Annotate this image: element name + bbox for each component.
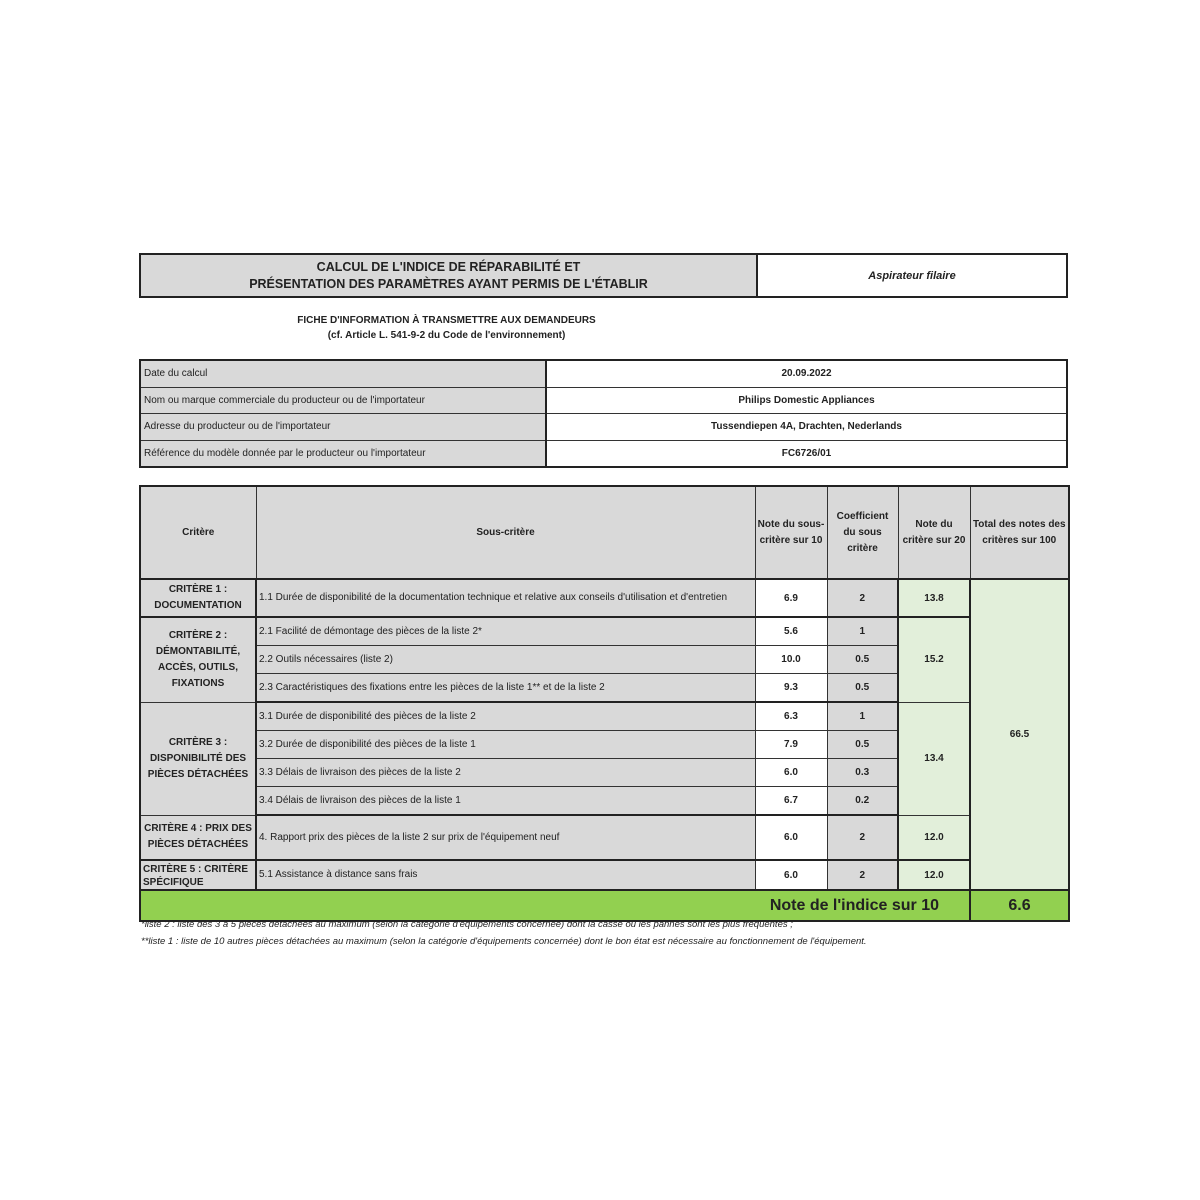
sub-criterion-coefficient: 0.3 <box>827 759 898 787</box>
info-label: Référence du modèle donnée par le produc… <box>140 440 546 467</box>
sub-criterion-note: 5.6 <box>755 617 827 646</box>
table-row: CRITÈRE 2 : DÉMONTABILITÉ, ACCÈS, OUTILS… <box>140 617 1069 646</box>
info-value: FC6726/01 <box>546 440 1067 467</box>
criterion-score: 12.0 <box>898 860 970 890</box>
criterion-name: CRITÈRE 5 : CRITÈRE SPÉCIFIQUE <box>140 860 256 890</box>
table-row: CRITÈRE 3 : DISPONIBILITÉ DES PIÈCES DÉT… <box>140 702 1069 731</box>
sub-criterion-coefficient: 1 <box>827 702 898 731</box>
repairability-table: Critère Sous-critère Note du sous-critèr… <box>139 485 1070 922</box>
info-label: Adresse du producteur ou de l'importateu… <box>140 414 546 441</box>
sub-criterion-note: 6.9 <box>755 579 827 617</box>
info-value: 20.09.2022 <box>546 360 1067 387</box>
sub-criterion-coefficient: 2 <box>827 815 898 860</box>
title-line-1: CALCUL DE L'INDICE DE RÉPARABILITÉ ET <box>317 259 581 276</box>
sub-criterion-coefficient: 2 <box>827 860 898 890</box>
subtitle: FICHE D'INFORMATION À TRANSMETTRE AUX DE… <box>139 313 754 343</box>
info-label: Date du calcul <box>140 360 546 387</box>
sub-criterion-label: 2.3 Caractéristiques des fixations entre… <box>256 674 755 703</box>
sub-criterion-coefficient: 0.5 <box>827 731 898 759</box>
footnote-liste-1: **liste 1 : liste de 10 autres pièces dé… <box>141 933 1071 950</box>
header-note-critere: Note du critère sur 20 <box>898 486 970 579</box>
sub-criterion-note: 7.9 <box>755 731 827 759</box>
total-score: 66.5 <box>970 579 1069 890</box>
sub-criterion-label: 1.1 Durée de disponibilité de la documen… <box>256 579 755 617</box>
table-row: CRITÈRE 5 : CRITÈRE SPÉCIFIQUE5.1 Assist… <box>140 860 1069 890</box>
info-row: Nom ou marque commerciale du producteur … <box>140 387 1067 414</box>
sub-criterion-coefficient: 2 <box>827 579 898 617</box>
sub-criterion-label: 3.3 Délais de livraison des pièces de la… <box>256 759 755 787</box>
subtitle-line-2: (cf. Article L. 541-9-2 du Code de l'env… <box>139 328 754 343</box>
header-critere: Critère <box>140 486 256 579</box>
title-line-2: PRÉSENTATION DES PARAMÈTRES AYANT PERMIS… <box>249 276 648 293</box>
sub-criterion-label: 3.4 Délais de livraison des pièces de la… <box>256 787 755 816</box>
sub-criterion-label: 2.2 Outils nécessaires (liste 2) <box>256 646 755 674</box>
sub-criterion-coefficient: 0.2 <box>827 787 898 816</box>
criterion-score: 13.8 <box>898 579 970 617</box>
header-coefficient: Coefficient du sous critère <box>827 486 898 579</box>
product-type: Aspirateur filaire <box>758 255 1066 296</box>
footnotes: *liste 2 : liste des 3 à 5 pièces détach… <box>141 916 1071 950</box>
sub-criterion-note: 6.3 <box>755 702 827 731</box>
title-block: CALCUL DE L'INDICE DE RÉPARABILITÉ ET PR… <box>139 253 1068 298</box>
header-sous-critere: Sous-critère <box>256 486 755 579</box>
criterion-name: CRITÈRE 3 : DISPONIBILITÉ DES PIÈCES DÉT… <box>140 702 256 815</box>
document-title: CALCUL DE L'INDICE DE RÉPARABILITÉ ET PR… <box>141 255 758 296</box>
criterion-name: CRITÈRE 1 : DOCUMENTATION <box>140 579 256 617</box>
info-row: Date du calcul20.09.2022 <box>140 360 1067 387</box>
sub-criterion-note: 10.0 <box>755 646 827 674</box>
header-total: Total des notes des critères sur 100 <box>970 486 1069 579</box>
info-label: Nom ou marque commerciale du producteur … <box>140 387 546 414</box>
table-header-row: Critère Sous-critère Note du sous-critèr… <box>140 486 1069 579</box>
criterion-name: CRITÈRE 4 : PRIX DES PIÈCES DÉTACHÉES <box>140 815 256 860</box>
sub-criterion-label: 5.1 Assistance à distance sans frais <box>256 860 755 890</box>
criterion-score: 13.4 <box>898 702 970 815</box>
sub-criterion-note: 6.7 <box>755 787 827 816</box>
table-row: CRITÈRE 1 : DOCUMENTATION1.1 Durée de di… <box>140 579 1069 617</box>
header-note-sous-critere: Note du sous-critère sur 10 <box>755 486 827 579</box>
info-table: Date du calcul20.09.2022Nom ou marque co… <box>139 359 1068 468</box>
sub-criterion-coefficient: 0.5 <box>827 674 898 703</box>
info-row: Adresse du producteur ou de l'importateu… <box>140 414 1067 441</box>
sub-criterion-label: 3.2 Durée de disponibilité des pièces de… <box>256 731 755 759</box>
info-value: Philips Domestic Appliances <box>546 387 1067 414</box>
sub-criterion-coefficient: 0.5 <box>827 646 898 674</box>
sub-criterion-note: 6.0 <box>755 860 827 890</box>
criterion-score: 15.2 <box>898 617 970 702</box>
criterion-score: 12.0 <box>898 815 970 860</box>
info-row: Référence du modèle donnée par le produc… <box>140 440 1067 467</box>
sub-criterion-note: 9.3 <box>755 674 827 703</box>
criterion-name: CRITÈRE 2 : DÉMONTABILITÉ, ACCÈS, OUTILS… <box>140 617 256 702</box>
sub-criterion-note: 6.0 <box>755 815 827 860</box>
sub-criterion-label: 2.1 Facilité de démontage des pièces de … <box>256 617 755 646</box>
table-row: CRITÈRE 4 : PRIX DES PIÈCES DÉTACHÉES4. … <box>140 815 1069 860</box>
footnote-liste-2: *liste 2 : liste des 3 à 5 pièces détach… <box>141 916 1071 933</box>
sub-criterion-label: 4. Rapport prix des pièces de la liste 2… <box>256 815 755 860</box>
sub-criterion-coefficient: 1 <box>827 617 898 646</box>
sub-criterion-label: 3.1 Durée de disponibilité des pièces de… <box>256 702 755 731</box>
subtitle-line-1: FICHE D'INFORMATION À TRANSMETTRE AUX DE… <box>139 313 754 328</box>
sub-criterion-note: 6.0 <box>755 759 827 787</box>
info-value: Tussendiepen 4A, Drachten, Nederlands <box>546 414 1067 441</box>
